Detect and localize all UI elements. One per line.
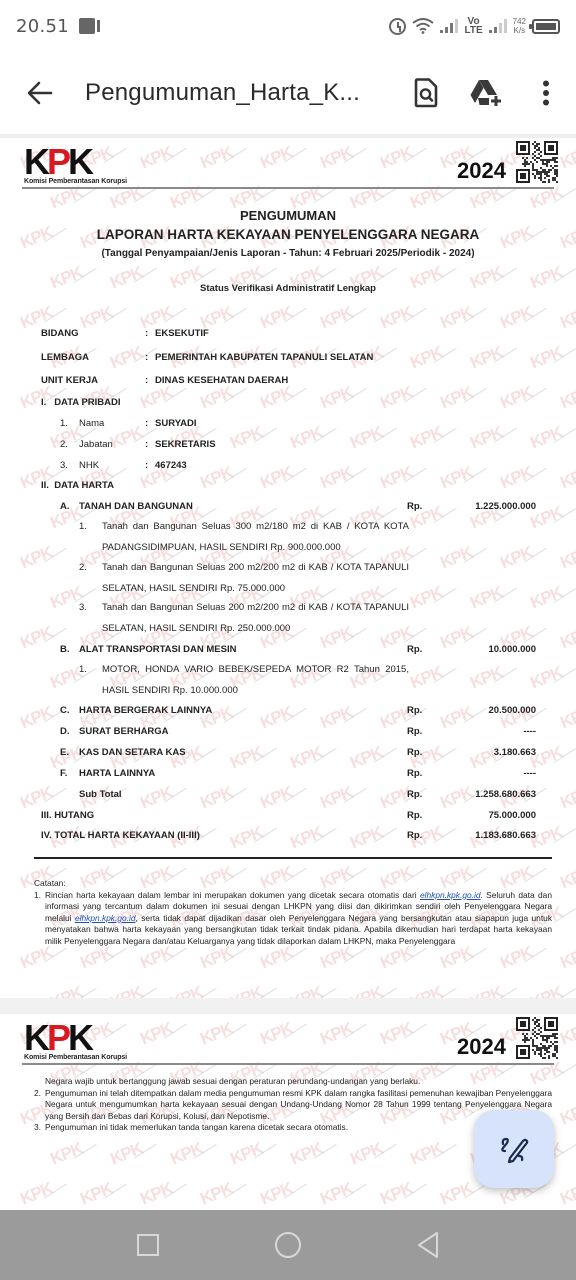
announcement-title: PENGUMUMAN — [0, 208, 576, 223]
document-header: KPK Komisi Pemberantasan Korupsi 2024 — [22, 144, 554, 189]
alarm-icon — [389, 18, 406, 35]
network-speed: 742K/s — [513, 17, 526, 35]
document-title: Pengumuman_Harta_K... — [85, 79, 360, 107]
pdf-viewer[interactable]: KPKKPKKPKKPKKPKKPKKPKKPKKPKKPKKPKKPKKPKK… — [0, 138, 576, 1210]
more-options-button[interactable] — [516, 63, 576, 123]
recents-button[interactable] — [123, 1220, 173, 1270]
status-bar: 20.51 VoLTE 742K/s — [0, 0, 576, 52]
save-to-drive-button[interactable] — [456, 63, 516, 123]
signal-icon-2 — [489, 19, 507, 33]
signal-icon — [440, 19, 458, 33]
wifi-icon — [412, 18, 434, 34]
report-year: 2024 — [457, 1034, 506, 1060]
kpk-logo: KPK Komisi Pemberantasan Korupsi — [24, 1023, 127, 1061]
elhkpn-link[interactable]: elhkpn.kpk.go.id — [420, 890, 481, 900]
document-page-1: KPKKPKKPKKPKKPKKPKKPKKPKKPKKPKKPKKPKKPKK… — [0, 138, 576, 998]
file-search-icon — [413, 78, 439, 108]
asset-detail: 1.MOTOR, HONDA VARIO BEBEK/SEPEDA MOTOR … — [79, 660, 409, 701]
note-1: 1.Rincian harta kekayaan dalam lembar in… — [34, 890, 552, 948]
nav-back-button[interactable] — [403, 1220, 453, 1270]
report-title: LAPORAN HARTA KEKAYAAN PENYELENGGARA NEG… — [0, 227, 576, 242]
report-year: 2024 — [457, 158, 506, 184]
app-notification-icon — [79, 18, 95, 34]
note-2: 2.Pengumuman ini telah ditempatkan dalam… — [34, 1088, 552, 1123]
volte-icon: VoLTE — [464, 17, 482, 35]
notes: Catatan: 1.Rincian harta kekayaan dalam … — [34, 878, 552, 948]
elhkpn-link[interactable]: elhkpn.kpk.go.id — [75, 913, 136, 923]
document-header: KPK Komisi Pemberantasan Korupsi 2024 — [22, 1020, 554, 1065]
annotate-button[interactable] — [474, 1110, 554, 1188]
system-nav-bar — [0, 1210, 576, 1280]
more-vert-icon — [542, 80, 550, 106]
qr-code — [516, 141, 558, 183]
verification-status: Status Verifikasi Administratif Lengkap — [0, 283, 576, 294]
status-icons: VoLTE 742K/s — [389, 17, 560, 35]
report-date-type: (Tanggal Penyampaian/Jenis Laporan - Tah… — [0, 248, 576, 259]
note-1-continued: Negara wajib untuk bertanggung jawab ses… — [34, 1076, 552, 1088]
back-button[interactable] — [13, 66, 67, 120]
asset-detail: 3.Tanah dan Bangunan Seluas 200 m2/200 m… — [79, 598, 409, 639]
home-button[interactable] — [263, 1220, 313, 1270]
kpk-logo: KPK Komisi Pemberantasan Korupsi — [24, 147, 127, 185]
qr-code — [516, 1017, 558, 1059]
search-document-button[interactable] — [396, 63, 456, 123]
asset-detail: 2.Tanah dan Bangunan Seluas 200 m2/200 m… — [79, 558, 409, 599]
back-icon — [416, 1231, 440, 1259]
app-bar: Pengumuman_Harta_K... — [0, 52, 576, 138]
drive-add-icon — [469, 78, 503, 108]
asset-detail: 1.Tanah dan Bangunan Seluas 300 m2/180 m… — [79, 517, 409, 558]
recents-icon — [136, 1233, 160, 1257]
annotate-pen-icon — [499, 1134, 529, 1164]
divider — [34, 857, 552, 859]
status-time: 20.51 — [16, 16, 69, 37]
arrow-left-icon — [27, 81, 53, 105]
battery-icon — [532, 19, 560, 34]
home-icon — [274, 1231, 302, 1259]
